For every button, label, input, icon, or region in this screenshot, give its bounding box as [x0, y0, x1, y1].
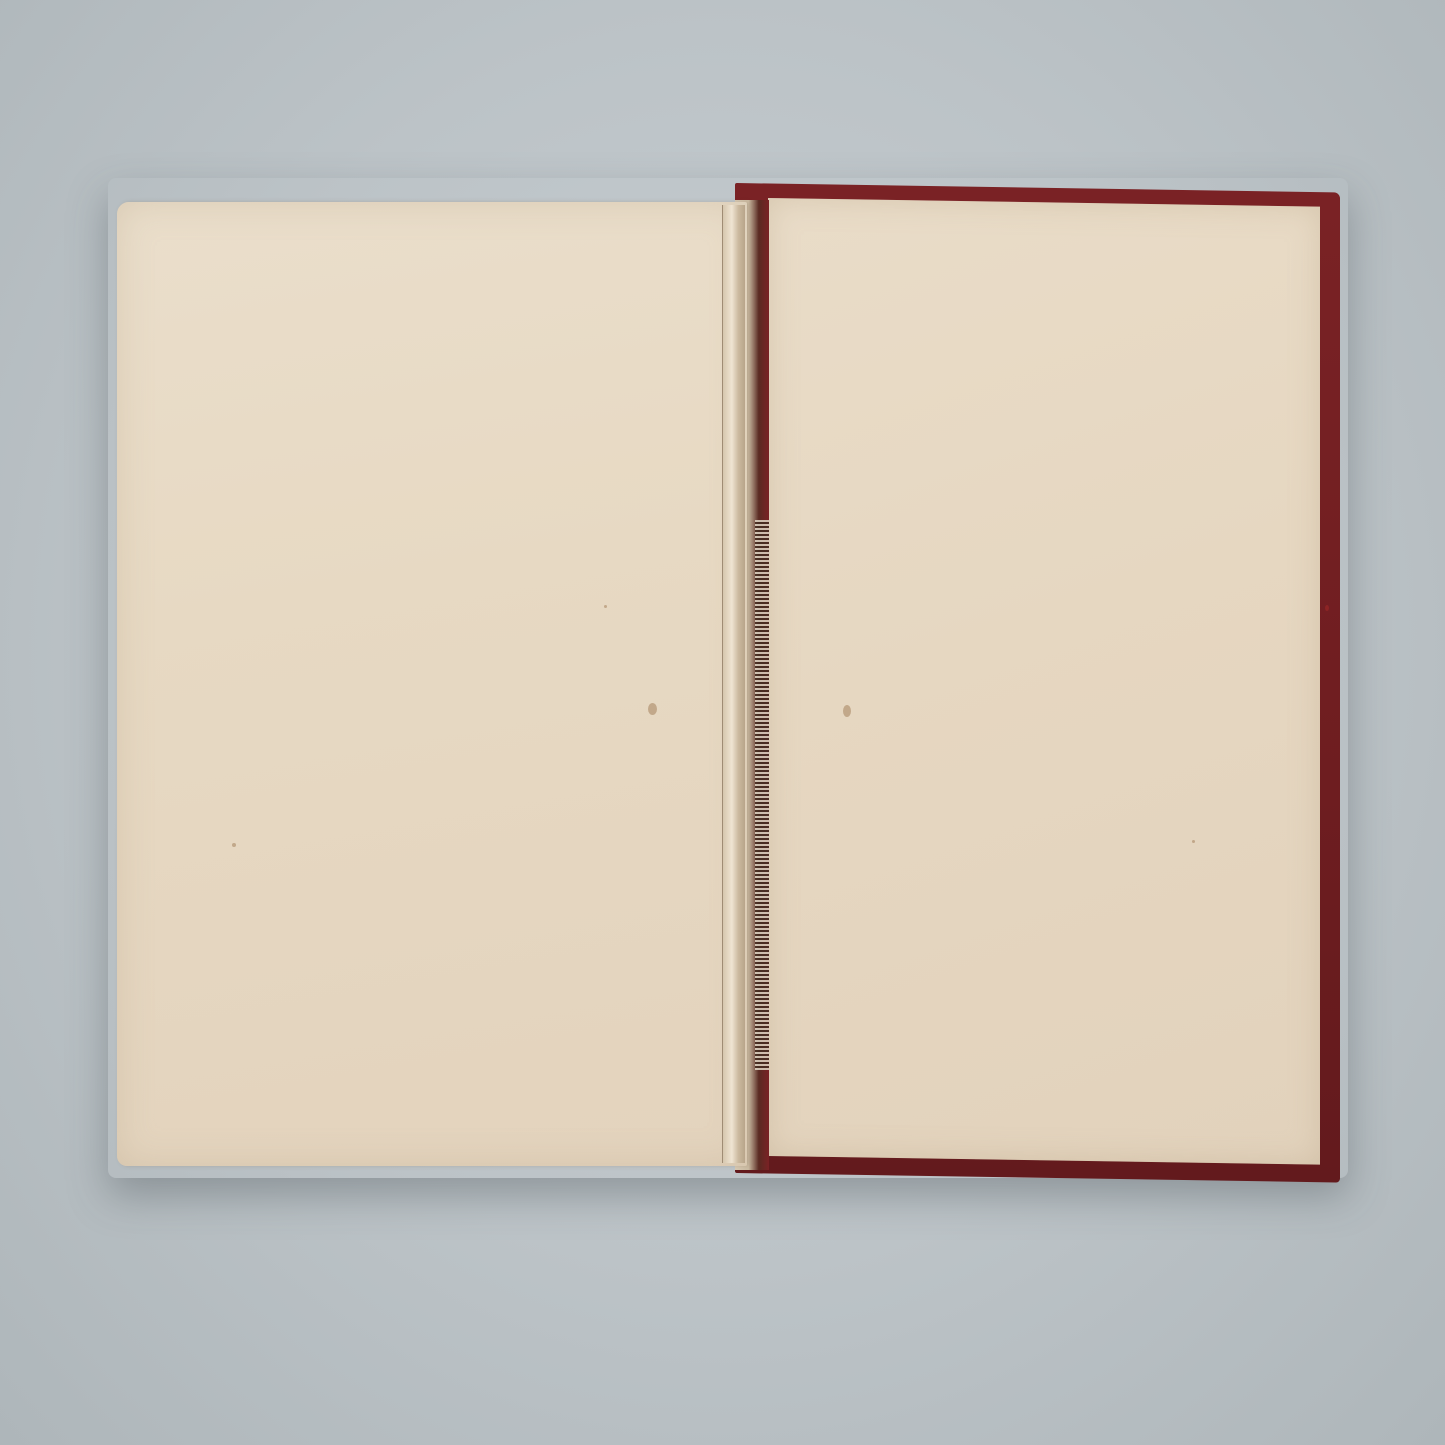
photo-scene — [0, 0, 1445, 1445]
right-pastedown-endpaper — [768, 198, 1320, 1165]
exposed-mull-cloth — [755, 520, 769, 1070]
foxing-spot — [1325, 605, 1329, 611]
page-block-edge — [722, 205, 745, 1163]
foxing-spot — [648, 703, 657, 715]
foxing-spot — [232, 843, 236, 847]
foxing-spot — [604, 605, 607, 608]
foxing-spot — [843, 705, 851, 717]
left-free-endpaper — [117, 202, 747, 1166]
foxing-spot — [1192, 840, 1195, 843]
